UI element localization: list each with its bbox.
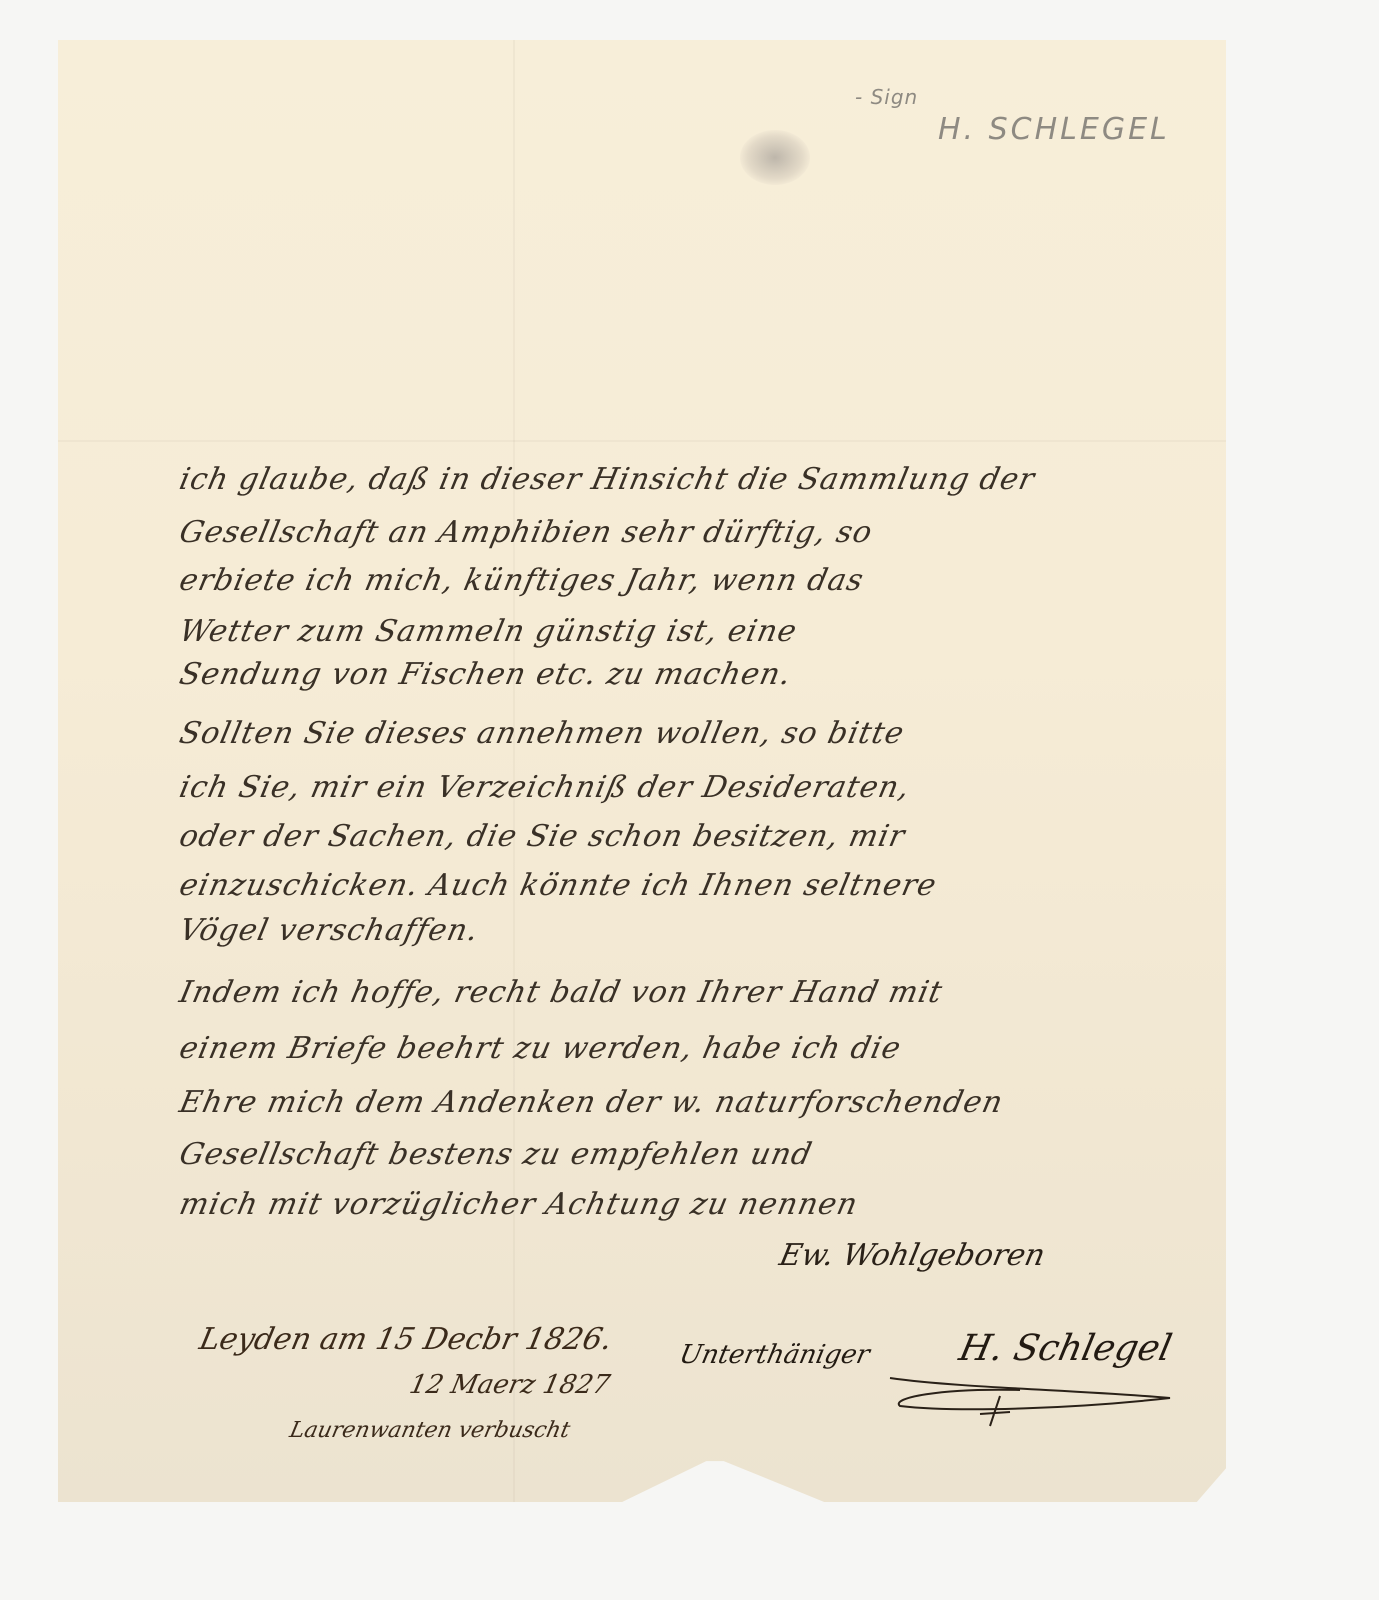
body-line: Sendung von Fischen etc. zu machen. — [176, 657, 1223, 692]
body-line: Gesellschaft an Amphibien sehr dürftig, … — [176, 515, 1223, 550]
signature-prefix: Unterthäniger — [677, 1340, 873, 1370]
paper-fold-horizontal — [58, 440, 1226, 442]
body-line: einzuschicken. Auch könnte ich Ihnen sel… — [176, 868, 1223, 903]
body-line: ich glaube, daß in dieser Hinsicht die S… — [176, 462, 1223, 497]
body-line: erbiete ich mich, künftiges Jahr, wenn d… — [176, 563, 1223, 598]
body-line: mich mit vorzüglicher Achtung zu nennen — [176, 1187, 1223, 1222]
pencil-annotation-name: H. SCHLEGEL — [938, 112, 1170, 147]
place-date: Leyden am 15 Decbr 1826. — [196, 1322, 615, 1357]
body-line: Sollten Sie dieses annehmen wollen, so b… — [176, 716, 1223, 751]
signature-flourish — [880, 1368, 1180, 1428]
body-line: Gesellschaft bestens zu empfehlen und — [176, 1137, 1223, 1172]
second-date: 12 Maerz 1827 — [407, 1370, 613, 1400]
pencil-annotation-prefix: - Sign — [855, 85, 918, 109]
ink-stain — [740, 130, 810, 185]
closing-salutation: Ew. Wohlgeboren — [776, 1238, 1048, 1273]
body-line: Indem ich hoffe, recht bald von Ihrer Ha… — [176, 975, 1223, 1010]
body-line: einem Briefe beehrt zu werden, habe ich … — [176, 1031, 1223, 1066]
body-line: ich Sie, mir ein Verzeichniß der Desider… — [176, 770, 1223, 805]
body-line: Ehre mich dem Andenken der w. naturforsc… — [176, 1085, 1223, 1120]
body-line: Vögel verschaffen. — [176, 913, 1223, 948]
signature: H. Schlegel — [956, 1328, 1176, 1369]
body-line: Wetter zum Sammeln günstig ist, eine — [176, 614, 1223, 649]
date-annotation: Laurenwanten verbuscht — [287, 1418, 572, 1443]
body-line: oder der Sachen, die Sie schon besitzen,… — [176, 819, 1223, 854]
